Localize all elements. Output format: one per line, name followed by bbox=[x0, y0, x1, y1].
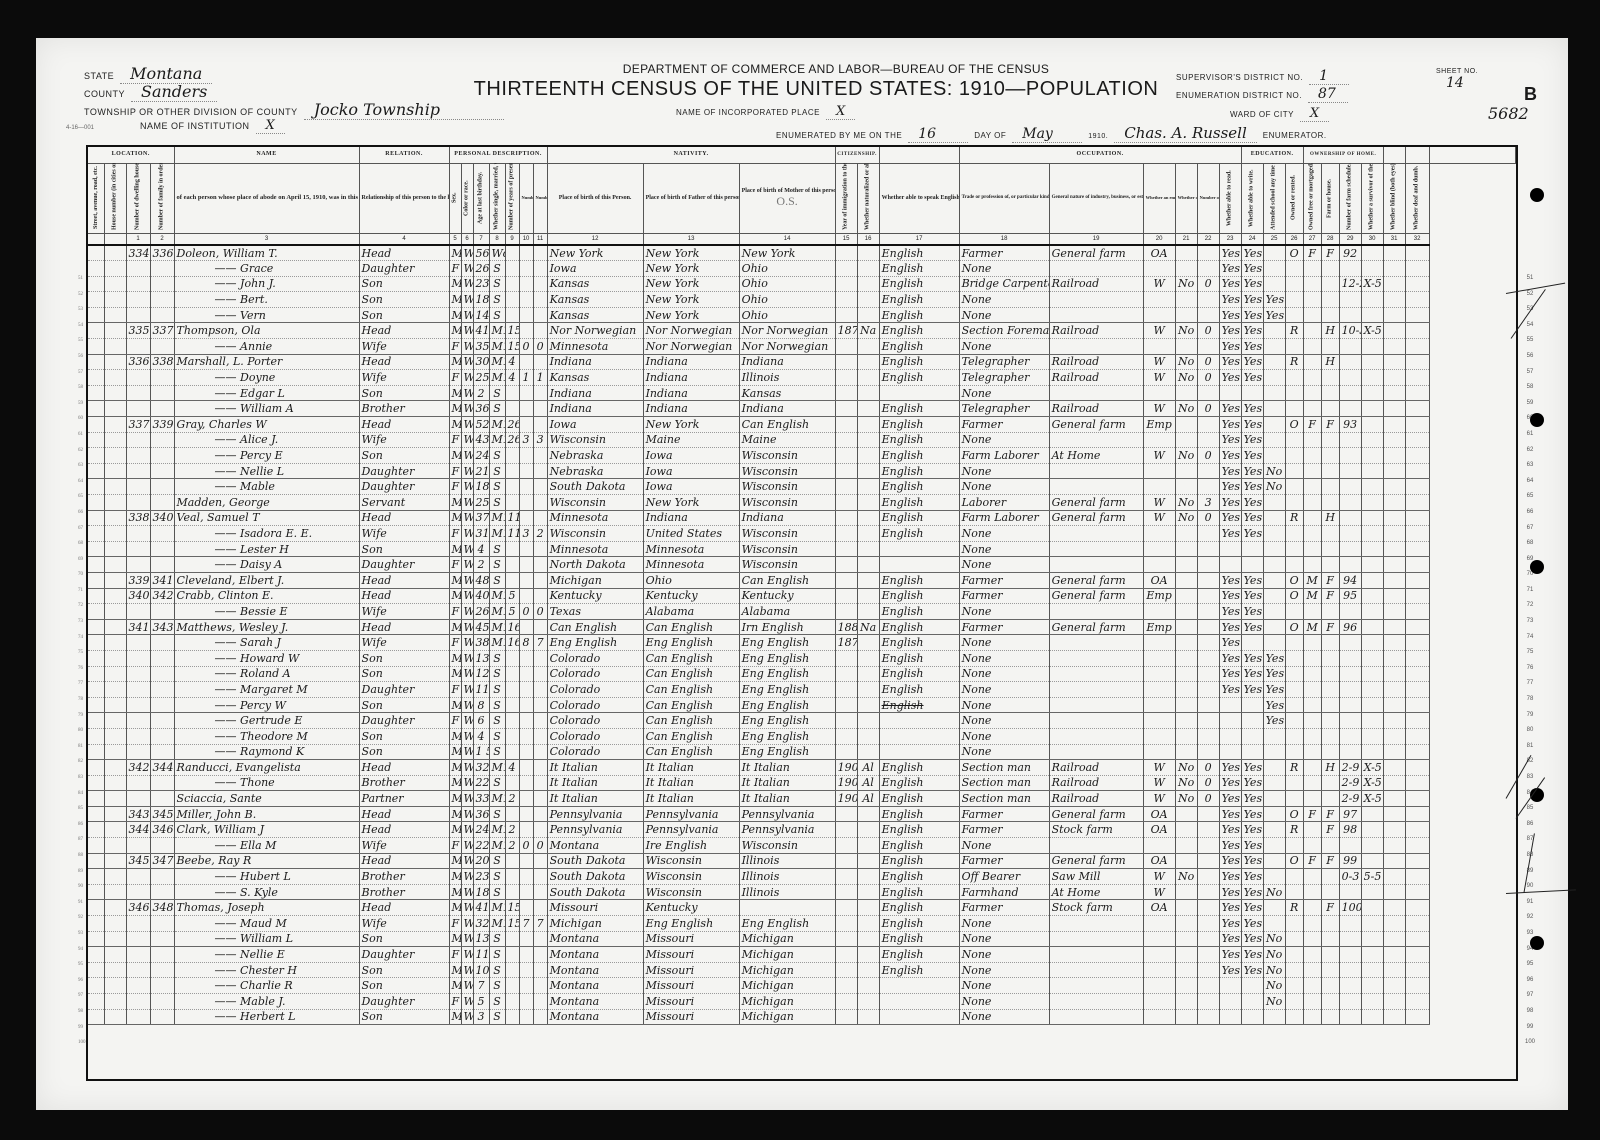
cell-yrs: 2 bbox=[505, 791, 519, 807]
cell-nat bbox=[857, 307, 879, 323]
cell-lang: English bbox=[879, 884, 959, 900]
cell-born bbox=[519, 869, 533, 885]
cell-ind: General farm bbox=[1049, 510, 1143, 526]
cell-name: Sciaccia, Sante bbox=[174, 791, 359, 807]
cell-ind: Railroad bbox=[1049, 401, 1143, 417]
cell-lang: English bbox=[879, 635, 959, 651]
cell-sex: M bbox=[449, 292, 461, 308]
cell-blind bbox=[1383, 682, 1405, 698]
cell-imm bbox=[835, 682, 857, 698]
cell-pobf: Missouri bbox=[643, 1009, 739, 1025]
cell-wks: 0 bbox=[1197, 354, 1219, 370]
cell-fam bbox=[150, 495, 174, 511]
cell-fh bbox=[1321, 432, 1339, 448]
cell-name: —— S. Kyle bbox=[174, 884, 359, 900]
cell-yrs bbox=[505, 479, 519, 495]
department-heading: DEPARTMENT OF COMMERCE AND LABOR—BUREAU … bbox=[536, 62, 1136, 76]
cell-dw bbox=[126, 526, 150, 542]
cell-living: 0 bbox=[533, 604, 547, 620]
cell-age: 25 bbox=[473, 495, 489, 511]
cell-imm bbox=[835, 401, 857, 417]
cell-mort bbox=[1303, 354, 1321, 370]
cell-own bbox=[1285, 666, 1303, 682]
cell-born bbox=[519, 463, 533, 479]
cell-sex: M bbox=[449, 822, 461, 838]
cell-pobf: It Italian bbox=[643, 775, 739, 791]
cell-living bbox=[533, 853, 547, 869]
cell-deaf bbox=[1405, 900, 1429, 916]
cell-trade: None bbox=[959, 713, 1049, 729]
cell-blind bbox=[1383, 838, 1405, 854]
cell-street bbox=[88, 276, 104, 292]
cell-sex: F bbox=[449, 526, 461, 542]
cell-imm bbox=[835, 822, 857, 838]
cell-ind: At Home bbox=[1049, 448, 1143, 464]
cell-wr: Yes bbox=[1241, 448, 1263, 464]
cell-wr: Yes bbox=[1241, 619, 1263, 635]
cell-age: 4 bbox=[473, 541, 489, 557]
cell-own: R bbox=[1285, 822, 1303, 838]
cell-sch bbox=[1263, 791, 1285, 807]
cell-fs: 96 bbox=[1339, 619, 1361, 635]
cell-mort bbox=[1303, 510, 1321, 526]
census-sheet: STATE Montana COUNTY Sanders TOWNSHIP OR… bbox=[36, 38, 1568, 1110]
column-number bbox=[104, 233, 126, 245]
cell-own bbox=[1285, 385, 1303, 401]
cell-street bbox=[88, 385, 104, 401]
cell-fam: 343 bbox=[150, 619, 174, 635]
cell-cls bbox=[1143, 604, 1175, 620]
cell-rel: Son bbox=[359, 978, 449, 994]
incorporated-label: NAME OF INCORPORATED PLACE bbox=[676, 108, 820, 117]
cell-fam bbox=[150, 604, 174, 620]
cell-wks: 0 bbox=[1197, 370, 1219, 386]
cell-name: Madden, George bbox=[174, 495, 359, 511]
cell-dw: 342 bbox=[126, 760, 150, 776]
cell-wks bbox=[1197, 869, 1219, 885]
column-number: 4 bbox=[359, 233, 449, 245]
cell-sex: F bbox=[449, 916, 461, 932]
group-location: LOCATION. bbox=[88, 147, 174, 163]
cell-pob: Michigan bbox=[547, 916, 643, 932]
cell-vet bbox=[1361, 619, 1383, 635]
cell-lang bbox=[879, 385, 959, 401]
cell-house-number bbox=[104, 588, 126, 604]
cell-deaf bbox=[1405, 869, 1429, 885]
cell-nat bbox=[857, 495, 879, 511]
cell-pobm: Michigan bbox=[739, 978, 835, 994]
cell-ind bbox=[1049, 744, 1143, 760]
cell-imm: 1907 bbox=[835, 760, 857, 776]
cell-name: Thomas, Joseph bbox=[174, 900, 359, 916]
cell-fh: H bbox=[1321, 760, 1339, 776]
cell-fs: 10-3 bbox=[1339, 323, 1361, 339]
cell-street bbox=[88, 245, 104, 261]
cell-pobm: It Italian bbox=[739, 775, 835, 791]
cell-fam bbox=[150, 432, 174, 448]
cell-born bbox=[519, 697, 533, 713]
cell-age: 6 bbox=[473, 713, 489, 729]
cell-age: 11 bbox=[473, 682, 489, 698]
cell-race: W bbox=[461, 604, 473, 620]
census-rows: 334336Doleon, William T.HeadMW56WdNew Yo… bbox=[88, 245, 1516, 1025]
cell-rel: Wife bbox=[359, 432, 449, 448]
cell-deaf bbox=[1405, 775, 1429, 791]
cell-wr: Yes bbox=[1241, 791, 1263, 807]
cell-ind: Railroad bbox=[1049, 354, 1143, 370]
cell-sch bbox=[1263, 604, 1285, 620]
cell-name: —— Mable bbox=[174, 479, 359, 495]
hdr-children-born: Number born. bbox=[519, 163, 533, 233]
cell-wks bbox=[1197, 728, 1219, 744]
cell-ind: Railroad bbox=[1049, 276, 1143, 292]
line-number: 65 bbox=[1520, 489, 1540, 505]
cell-pobm: Eng English bbox=[739, 728, 835, 744]
cell-vet: X-5 bbox=[1361, 791, 1383, 807]
cell-house-number bbox=[104, 261, 126, 277]
cell-fs bbox=[1339, 744, 1361, 760]
cell-living bbox=[533, 884, 547, 900]
cell-dw bbox=[126, 339, 150, 355]
cell-imm bbox=[835, 697, 857, 713]
cell-vet bbox=[1361, 838, 1383, 854]
table-row: —— Hubert LBrotherMW23SSouth DakotaWisco… bbox=[88, 869, 1516, 885]
cell-cls bbox=[1143, 744, 1175, 760]
cell-house-number bbox=[104, 245, 126, 261]
cell-pob: It Italian bbox=[547, 791, 643, 807]
cell-age: 18 bbox=[473, 479, 489, 495]
cell-fam bbox=[150, 666, 174, 682]
cell-blind bbox=[1383, 276, 1405, 292]
county-value: Sanders bbox=[131, 82, 217, 102]
cell-nat bbox=[857, 261, 879, 277]
cell-cls bbox=[1143, 713, 1175, 729]
cell-deaf bbox=[1405, 853, 1429, 869]
cell-fh: F bbox=[1321, 900, 1339, 916]
cell-sex: M bbox=[449, 853, 461, 869]
cell-dw bbox=[126, 495, 150, 511]
cell-blind bbox=[1383, 261, 1405, 277]
cell-mar: S bbox=[489, 495, 505, 511]
cell-street bbox=[88, 962, 104, 978]
cell-pobm: Eng English bbox=[739, 744, 835, 760]
cell-deaf bbox=[1405, 307, 1429, 323]
cell-pobm bbox=[739, 900, 835, 916]
cell-ind: Railroad bbox=[1049, 791, 1143, 807]
cell-ind bbox=[1049, 978, 1143, 994]
cell-sch bbox=[1263, 775, 1285, 791]
cell-sch bbox=[1263, 370, 1285, 386]
table-row: —— Gertrude EDaughterFW6SColoradoCan Eng… bbox=[88, 713, 1516, 729]
cell-fs: 92 bbox=[1339, 245, 1361, 261]
cell-pobf: Ohio bbox=[643, 572, 739, 588]
cell-deaf bbox=[1405, 572, 1429, 588]
cell-race: W bbox=[461, 666, 473, 682]
cell-fh bbox=[1321, 463, 1339, 479]
cell-nat bbox=[857, 354, 879, 370]
cell-vet bbox=[1361, 728, 1383, 744]
cell-yrs bbox=[505, 947, 519, 963]
line-number: 67 bbox=[1520, 521, 1540, 537]
cell-house-number bbox=[104, 838, 126, 854]
line-number: 62 bbox=[1520, 443, 1540, 459]
cell-trade: Farmer bbox=[959, 853, 1049, 869]
cell-blind bbox=[1383, 572, 1405, 588]
cell-fam: 345 bbox=[150, 806, 174, 822]
cell-sex: M bbox=[449, 775, 461, 791]
cell-rel: Head bbox=[359, 510, 449, 526]
table-row: 342344Randucci, EvangelistaHeadMW32M14It… bbox=[88, 760, 1516, 776]
cell-living bbox=[533, 510, 547, 526]
cell-living bbox=[533, 463, 547, 479]
cell-lang: English bbox=[879, 448, 959, 464]
cell-born bbox=[519, 276, 533, 292]
cell-mort bbox=[1303, 370, 1321, 386]
cell-born bbox=[519, 713, 533, 729]
cell-blind bbox=[1383, 760, 1405, 776]
cell-pob: Nebraska bbox=[547, 463, 643, 479]
column-number: 18 bbox=[959, 233, 1049, 245]
township-field: TOWNSHIP OR OTHER DIVISION OF COUNTY Joc… bbox=[84, 100, 504, 120]
cell-fam bbox=[150, 713, 174, 729]
cell-house-number bbox=[104, 947, 126, 963]
cell-fh bbox=[1321, 448, 1339, 464]
cell-ind bbox=[1049, 557, 1143, 573]
cell-oow bbox=[1175, 604, 1197, 620]
cell-nat bbox=[857, 292, 879, 308]
cell-pob: Montana bbox=[547, 1009, 643, 1025]
group-deaf bbox=[1429, 147, 1515, 163]
cell-pobf: United States bbox=[643, 526, 739, 542]
cell-lang: English bbox=[879, 245, 959, 261]
cell-lang: English bbox=[879, 401, 959, 417]
cell-imm bbox=[835, 650, 857, 666]
cell-yrs bbox=[505, 385, 519, 401]
cell-mar: S bbox=[489, 1009, 505, 1025]
cell-street bbox=[88, 541, 104, 557]
cell-house-number bbox=[104, 307, 126, 323]
cell-lang: English bbox=[879, 650, 959, 666]
year-label: 1910. bbox=[1088, 133, 1108, 140]
line-number: 51 bbox=[78, 271, 88, 287]
hdr-immigration: Year of immigration to the United States… bbox=[835, 163, 857, 233]
cell-deaf bbox=[1405, 354, 1429, 370]
line-number: 83 bbox=[1520, 770, 1540, 786]
group-ownership: OWNERSHIP OF HOME. bbox=[1303, 147, 1383, 163]
cell-living bbox=[533, 962, 547, 978]
cell-vet bbox=[1361, 401, 1383, 417]
cell-fh: F bbox=[1321, 806, 1339, 822]
cell-dw bbox=[126, 682, 150, 698]
cell-fam: 338 bbox=[150, 354, 174, 370]
cell-dw bbox=[126, 432, 150, 448]
cell-yrs bbox=[505, 744, 519, 760]
cell-imm: 1907 bbox=[835, 791, 857, 807]
cell-oow bbox=[1175, 307, 1197, 323]
cell-own bbox=[1285, 463, 1303, 479]
cell-born bbox=[519, 292, 533, 308]
cell-rd: Yes bbox=[1219, 682, 1241, 698]
cell-pobf: It Italian bbox=[643, 760, 739, 776]
cell-fam bbox=[150, 994, 174, 1010]
cell-street bbox=[88, 682, 104, 698]
cell-rd: Yes bbox=[1219, 370, 1241, 386]
cell-trade: Telegrapher bbox=[959, 370, 1049, 386]
cell-dw bbox=[126, 557, 150, 573]
cell-pobf: New York bbox=[643, 245, 739, 261]
cell-pobf: Missouri bbox=[643, 978, 739, 994]
cell-house-number bbox=[104, 276, 126, 292]
cell-fh: F bbox=[1321, 822, 1339, 838]
cell-vet bbox=[1361, 261, 1383, 277]
cell-fs: 97 bbox=[1339, 806, 1361, 822]
cell-mort: F bbox=[1303, 245, 1321, 261]
cell-pobm: Michigan bbox=[739, 994, 835, 1010]
cell-ind bbox=[1049, 526, 1143, 542]
cell-wks bbox=[1197, 572, 1219, 588]
cell-mort: M bbox=[1303, 619, 1321, 635]
cell-race: W bbox=[461, 495, 473, 511]
cell-pobm: Nor Norwegian bbox=[739, 339, 835, 355]
line-number: 57 bbox=[78, 365, 88, 381]
cell-own bbox=[1285, 682, 1303, 698]
cell-rd: Yes bbox=[1219, 947, 1241, 963]
cell-lang: English bbox=[879, 962, 959, 978]
cell-race: W bbox=[461, 541, 473, 557]
cell-oow bbox=[1175, 261, 1197, 277]
cell-rd: Yes bbox=[1219, 401, 1241, 417]
cell-fs bbox=[1339, 401, 1361, 417]
cell-nat bbox=[857, 978, 879, 994]
ed-label: ENUMERATION DISTRICT NO. bbox=[1176, 91, 1302, 100]
cell-pobf: Missouri bbox=[643, 994, 739, 1010]
cell-cls bbox=[1143, 962, 1175, 978]
line-number: 80 bbox=[78, 723, 88, 739]
cell-wr bbox=[1241, 385, 1263, 401]
cell-trade: None bbox=[959, 463, 1049, 479]
cell-fh bbox=[1321, 401, 1339, 417]
line-number: 92 bbox=[1520, 910, 1540, 926]
cell-pob: Colorado bbox=[547, 728, 643, 744]
census-grid: LOCATION. NAME RELATION. PERSONAL DESCRI… bbox=[86, 145, 1518, 1081]
cell-fam bbox=[150, 1009, 174, 1025]
line-number: 79 bbox=[78, 708, 88, 724]
cell-yrs: 15 bbox=[505, 339, 519, 355]
cell-pobf: Iowa bbox=[643, 479, 739, 495]
cell-cls: Emp bbox=[1143, 417, 1175, 433]
cell-cls bbox=[1143, 432, 1175, 448]
cell-race: W bbox=[461, 744, 473, 760]
cell-vet bbox=[1361, 339, 1383, 355]
sheet-side: B bbox=[1524, 84, 1537, 105]
cell-oow bbox=[1175, 339, 1197, 355]
cell-cls bbox=[1143, 541, 1175, 557]
cell-mort bbox=[1303, 713, 1321, 729]
cell-fam bbox=[150, 292, 174, 308]
cell-living bbox=[533, 385, 547, 401]
cell-blind bbox=[1383, 307, 1405, 323]
cell-pob: Colorado bbox=[547, 697, 643, 713]
cell-house-number bbox=[104, 682, 126, 698]
cell-rel: Partner bbox=[359, 791, 449, 807]
hdr-trade: Trade or profession of, or particular ki… bbox=[959, 163, 1049, 233]
cell-street bbox=[88, 822, 104, 838]
cell-ind bbox=[1049, 261, 1143, 277]
cell-pob: South Dakota bbox=[547, 884, 643, 900]
cell-fam bbox=[150, 682, 174, 698]
cell-mar: Wd bbox=[489, 245, 505, 261]
cell-deaf bbox=[1405, 448, 1429, 464]
line-number: 87 bbox=[78, 832, 88, 848]
cell-age: 30 bbox=[473, 354, 489, 370]
cell-living bbox=[533, 276, 547, 292]
cell-rd: Yes bbox=[1219, 448, 1241, 464]
cell-fs bbox=[1339, 916, 1361, 932]
cell-nat bbox=[857, 822, 879, 838]
cell-nat bbox=[857, 572, 879, 588]
line-number: 57 bbox=[1520, 365, 1540, 381]
cell-lang: English bbox=[879, 261, 959, 277]
cell-cls bbox=[1143, 728, 1175, 744]
cell-mort: F bbox=[1303, 417, 1321, 433]
cell-wks bbox=[1197, 541, 1219, 557]
cell-dw bbox=[126, 385, 150, 401]
cell-blind bbox=[1383, 401, 1405, 417]
cell-fh bbox=[1321, 261, 1339, 277]
cell-house-number bbox=[104, 962, 126, 978]
cell-name: Doleon, William T. bbox=[174, 245, 359, 261]
column-number: 5 bbox=[449, 233, 461, 245]
cell-nat bbox=[857, 526, 879, 542]
cell-wks bbox=[1197, 650, 1219, 666]
cell-living bbox=[533, 572, 547, 588]
hdr-relation: Relationship of this person to the head … bbox=[359, 163, 449, 233]
cell-cls: W bbox=[1143, 884, 1175, 900]
cell-dw bbox=[126, 370, 150, 386]
punch-hole bbox=[1530, 936, 1544, 950]
cell-pob: Iowa bbox=[547, 261, 643, 277]
cell-mort bbox=[1303, 1009, 1321, 1025]
cell-yrs: 11 bbox=[505, 526, 519, 542]
cell-living bbox=[533, 682, 547, 698]
cell-wr bbox=[1241, 744, 1263, 760]
line-number: 66 bbox=[1520, 505, 1540, 521]
cell-imm bbox=[835, 588, 857, 604]
cell-yrs bbox=[505, 650, 519, 666]
cell-pobf: Kentucky bbox=[643, 900, 739, 916]
cell-age: 37 bbox=[473, 510, 489, 526]
cell-sch bbox=[1263, 448, 1285, 464]
cell-nat bbox=[857, 1009, 879, 1025]
hdr-birth-father: Place of birth of Father of this person. bbox=[643, 163, 739, 233]
cell-deaf bbox=[1405, 744, 1429, 760]
cell-rd: Yes bbox=[1219, 900, 1241, 916]
cell-deaf bbox=[1405, 791, 1429, 807]
cell-mort: F bbox=[1303, 853, 1321, 869]
cell-sex: F bbox=[449, 635, 461, 651]
cell-wks bbox=[1197, 417, 1219, 433]
cell-ind: Railroad bbox=[1049, 323, 1143, 339]
cell-ind bbox=[1049, 635, 1143, 651]
cell-nat bbox=[857, 510, 879, 526]
line-number: 72 bbox=[78, 598, 88, 614]
cell-nat bbox=[857, 900, 879, 916]
incorporated-field: NAME OF INCORPORATED PLACE X bbox=[676, 104, 855, 120]
cell-yrs bbox=[505, 978, 519, 994]
cell-living bbox=[533, 619, 547, 635]
cell-ind: General farm bbox=[1049, 417, 1143, 433]
cell-house-number bbox=[104, 385, 126, 401]
